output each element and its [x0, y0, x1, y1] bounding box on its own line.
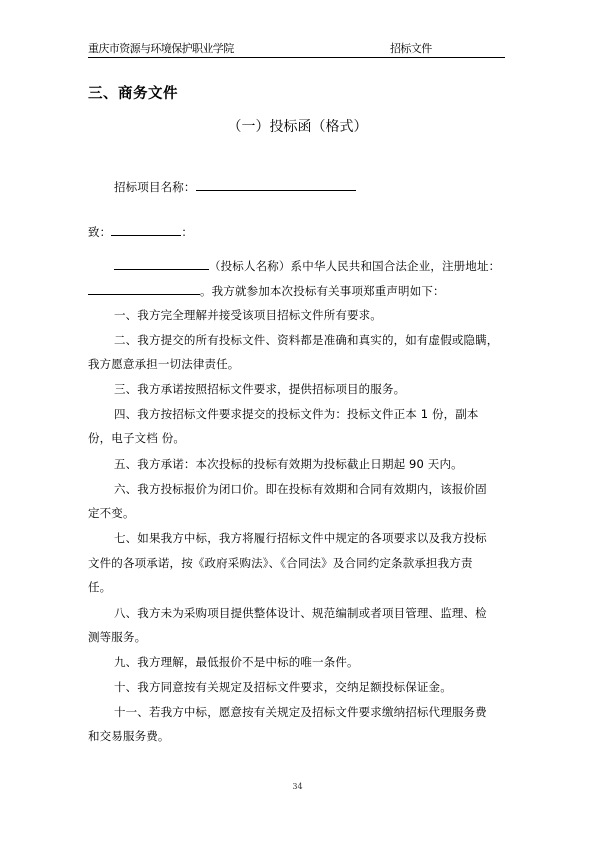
clause-10: 十、我方同意按有关规定及招标文件要求，交纳足额投标保证金。	[114, 679, 452, 695]
intro-text-1: （投标人名称）系中华人民共和国合法企业，注册地址：	[209, 259, 500, 273]
document-page: 重庆市资源与环境保护职业学院 招标文件 三、商务文件 （一）投标函（格式） 招标…	[0, 0, 595, 841]
intro-line-1: （投标人名称）系中华人民共和国合法企业，注册地址：	[114, 257, 500, 274]
registered-address-blank[interactable]	[88, 282, 200, 295]
clause-6-line-1: 六、我方投标报价为闭口价。即在投标有效期和合同有效期内，该报价固	[114, 481, 487, 497]
page-header: 重庆市资源与环境保护职业学院 招标文件	[88, 42, 505, 58]
clause-2-line-1: 二、我方提交的所有投标文件、资料都是准确和真实的，如有虚假或隐瞒，	[114, 332, 498, 348]
clause-6-line-2: 定不变。	[88, 505, 135, 521]
clause-7-line-2: 文件的各项承诺，按《政府采购法》、《合同法》及合同约定条款承担我方责	[88, 555, 473, 571]
clause-4-line-2: 份，电子文档 份。	[88, 430, 185, 446]
project-name-row: 招标项目名称：	[114, 178, 356, 195]
clause-4-line-1: 四、我方按招标文件要求提交的投标文件为：投标文件正本 1 份，副本	[114, 406, 479, 422]
project-name-label: 招标项目名称：	[114, 180, 196, 194]
intro-text-2: 。我方就参加本次投标有关事项郑重声明如下：	[200, 284, 445, 298]
clause-8-line-2: 测等服务。	[88, 629, 146, 645]
clause-8-line-1: 八、我方未为采购项目提供整体设计、规范编制或者项目管理、监理、检	[114, 605, 487, 621]
to-suffix: ：	[181, 225, 193, 239]
intro-line-2: 。我方就参加本次投标有关事项郑重声明如下：	[88, 282, 445, 299]
section-title: 三、商务文件	[88, 84, 178, 104]
page-number: 34	[0, 782, 595, 791]
clause-5: 五、我方承诺：本次投标的投标有效期为投标截止日期起 90 天内。	[114, 456, 463, 472]
clause-3: 三、我方承诺按照招标文件要求，提供招标项目的服务。	[114, 381, 405, 397]
clause-2-line-2: 我方愿意承担一切法律责任。	[88, 356, 239, 372]
project-name-blank[interactable]	[196, 178, 356, 191]
clause-1: 一、我方完全理解并接受该项目招标文件所有要求。	[114, 307, 382, 323]
clause-11-line-1: 十一、若我方中标，愿意按有关规定及招标文件要求缴纳招标代理服务费	[114, 704, 487, 720]
to-label: 致：	[88, 225, 111, 239]
header-doc-type: 招标文件	[390, 42, 432, 56]
addressee-row: 致：：	[88, 223, 193, 240]
addressee-blank[interactable]	[111, 223, 181, 236]
clause-11-line-2: 和交易服务费。	[88, 728, 170, 744]
clause-7-line-1: 七、如果我方中标，我方将履行招标文件中规定的各项要求以及我方投标	[114, 530, 487, 546]
form-title: （一）投标函（格式）	[0, 117, 595, 137]
clause-7-line-3: 任。	[88, 579, 111, 595]
header-institution: 重庆市资源与环境保护职业学院	[88, 42, 234, 56]
clause-9: 九、我方理解，最低报价不是中标的唯一条件。	[114, 654, 359, 670]
bidder-name-blank[interactable]	[114, 257, 209, 270]
